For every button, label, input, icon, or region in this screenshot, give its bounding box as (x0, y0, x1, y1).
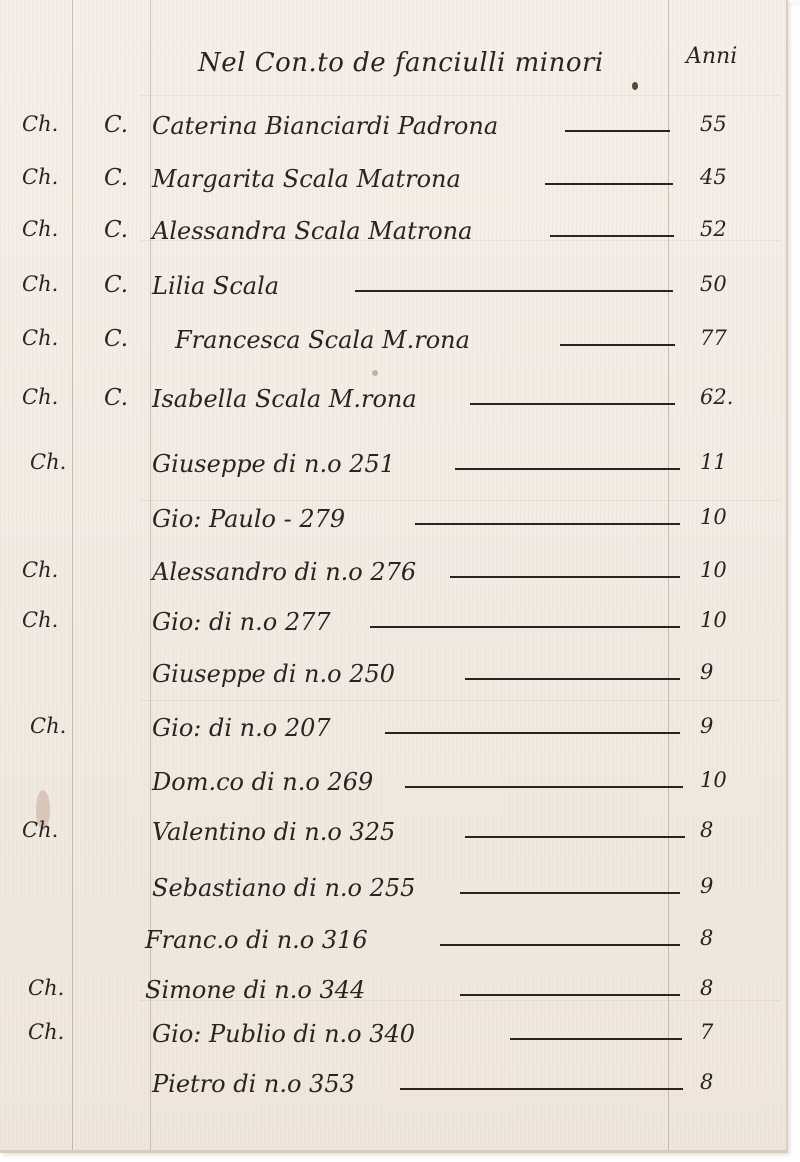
ruled-line (140, 95, 780, 96)
entry-row: Ch. Gio: di n.o 207 9 (0, 714, 786, 764)
entry-name: Giuseppe di n.o 251 (152, 450, 395, 478)
entry-age: 8 (700, 976, 713, 1000)
entry-name: Lilia Scala (152, 272, 279, 300)
entry-row: Ch. C. Alessandra Scala Matrona 52 (0, 217, 786, 267)
entry-row: Ch. Valentino di n.o 325 8 (0, 818, 786, 868)
entry-age: 7 (700, 1020, 713, 1044)
entry-dash (465, 678, 680, 680)
entry-status: C. (104, 112, 128, 138)
entry-row: Ch. C. Isabella Scala M.rona 62. (0, 385, 786, 435)
entry-row: Ch. Giuseppe di n.o 251 11 (0, 450, 786, 500)
entry-dash (460, 892, 680, 894)
entry-dash (405, 786, 683, 788)
page-title: Nel Con.to de fanciulli minori (198, 48, 604, 78)
entry-dash (545, 183, 673, 185)
entry-mark: Ch. (22, 818, 58, 842)
entry-name: Alessandro di n.o 276 (152, 558, 416, 586)
entry-age: 52 (700, 217, 727, 241)
entry-status: C. (104, 385, 128, 411)
entry-row: Ch. C. Caterina Bianciardi Padrona 55 (0, 112, 786, 162)
entry-status: C. (104, 326, 128, 352)
entry-row: Ch. Simone di n.o 344 8 (0, 976, 786, 1026)
entry-name: Pietro di n.o 353 (152, 1070, 355, 1098)
entry-mark: Ch. (22, 112, 58, 136)
entry-mark: Ch. (22, 272, 58, 296)
entry-status: C. (104, 272, 128, 298)
entry-mark: Ch. (30, 450, 66, 474)
entry-mark: Ch. (22, 385, 58, 409)
entry-row: Ch. Gio: di n.o 277 10 (0, 608, 786, 658)
entry-dash (385, 732, 680, 734)
entry-age: 62. (700, 385, 733, 409)
entry-name: Valentino di n.o 325 (152, 818, 395, 846)
entry-dash (470, 403, 675, 405)
entry-row: Sebastiano di n.o 255 9 (0, 874, 786, 924)
entry-row: Giuseppe di n.o 250 9 (0, 660, 786, 710)
entry-age: 10 (700, 608, 727, 632)
manuscript-page: Nel Con.to de fanciulli minori Anni Ch. … (0, 0, 788, 1153)
entry-name: Giuseppe di n.o 250 (152, 660, 395, 688)
entry-age: 8 (700, 926, 713, 950)
entry-name: Caterina Bianciardi Padrona (152, 112, 498, 140)
entry-row: Ch. Gio: Publio di n.o 340 7 (0, 1020, 786, 1070)
entry-name: Francesca Scala M.rona (175, 326, 470, 354)
entry-row: Ch. C. Lilia Scala 50 (0, 272, 786, 322)
entry-mark: Ch. (22, 608, 58, 632)
entry-dash (455, 468, 680, 470)
entry-row: Ch. C. Margarita Scala Matrona 45 (0, 165, 786, 215)
entry-age: 9 (700, 874, 713, 898)
entry-name: Isabella Scala M.rona (152, 385, 417, 413)
entry-row: Dom.co di n.o 269 10 (0, 768, 786, 818)
entry-name: Margarita Scala Matrona (152, 165, 461, 193)
entry-mark: Ch. (22, 558, 58, 582)
entry-dash (560, 344, 675, 346)
entry-age: 77 (700, 326, 727, 350)
entry-dash (550, 235, 674, 237)
entry-dash (510, 1038, 682, 1040)
entry-age: 8 (700, 1070, 713, 1094)
entry-row: Franc.o di n.o 316 8 (0, 926, 786, 976)
entry-dash (415, 523, 680, 525)
entry-mark: Ch. (22, 217, 58, 241)
entry-age: 10 (700, 768, 727, 792)
entry-age: 8 (700, 818, 713, 842)
entry-row: Ch. Alessandro di n.o 276 10 (0, 558, 786, 608)
entry-age: 50 (700, 272, 727, 296)
entry-age: 11 (700, 450, 727, 474)
entry-dash (370, 626, 680, 628)
entry-name: Franc.o di n.o 316 (145, 926, 368, 954)
entry-row: Gio: Paulo - 279 10 (0, 505, 786, 555)
entry-name: Alessandra Scala Matrona (152, 217, 472, 245)
entry-status: C. (104, 165, 128, 191)
entry-name: Simone di n.o 344 (145, 976, 365, 1004)
ruled-line (140, 500, 780, 501)
entry-dash (440, 944, 680, 946)
entry-mark: Ch. (30, 714, 66, 738)
entry-dash (460, 994, 680, 996)
entry-status: C. (104, 217, 128, 243)
entry-dash (565, 130, 670, 132)
ink-blot (632, 82, 638, 90)
entry-dash (465, 836, 685, 838)
entry-age: 10 (700, 505, 727, 529)
entry-age: 9 (700, 660, 713, 684)
entry-age: 45 (700, 165, 727, 189)
entry-name: Gio: di n.o 277 (152, 608, 331, 636)
entry-age: 9 (700, 714, 713, 738)
entry-mark: Ch. (28, 976, 64, 1000)
entry-mark: Ch. (28, 1020, 64, 1044)
entry-age: 55 (700, 112, 727, 136)
entry-name: Gio: Publio di n.o 340 (152, 1020, 415, 1048)
entry-name: Gio: Paulo - 279 (152, 505, 345, 533)
entry-name: Gio: di n.o 207 (152, 714, 331, 742)
entry-age: 10 (700, 558, 727, 582)
entry-dash (400, 1088, 683, 1090)
entry-mark: Ch. (22, 326, 58, 350)
entry-name: Dom.co di n.o 269 (152, 768, 373, 796)
entry-dash (355, 290, 673, 292)
entry-dash (450, 576, 680, 578)
column-header-age: Anni (686, 44, 737, 69)
entry-name: Sebastiano di n.o 255 (152, 874, 415, 902)
entry-mark: Ch. (22, 165, 58, 189)
entry-row: Ch. C. Francesca Scala M.rona 77 (0, 326, 786, 376)
entry-row: Pietro di n.o 353 8 (0, 1070, 786, 1120)
